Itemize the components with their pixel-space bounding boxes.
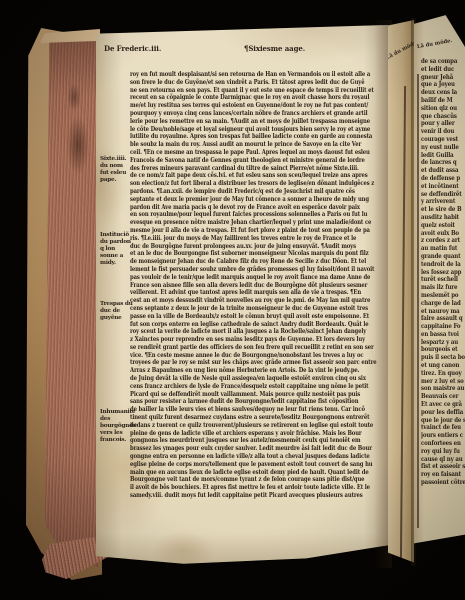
right-page-text: de sa compaet ledit ducgneur Jehãque a J… [421, 58, 465, 494]
margin-note: Instituciõ du pardon q lon sonne a midy. [100, 232, 133, 267]
margin-note: Sixte.iiii. du nom fut esleu pape. [100, 156, 133, 184]
margin-note: Trespas du duc de guyẽne [100, 301, 133, 322]
left-page: De Frederic.iii. ¶Sixiesme aage. Sixte.i… [96, 25, 388, 567]
book-photo: De Frederic.iii. ¶Sixiesme aage. Sixte.i… [0, 0, 465, 600]
right-page-margin-rule [417, 74, 419, 528]
body-text-line: samedy.viii. dudit moys fut ledit cappit… [130, 492, 336, 500]
gutter-margin-rule [400, 86, 406, 564]
right-page-sliver: Lã du mõde. de sa compaet ledit ducgneur… [414, 14, 465, 562]
body-text: roy en fut moult desplaisant/si sen reto… [130, 71, 387, 501]
right-page-year-column-label: Lã du mõde. [417, 39, 453, 51]
running-header-left: De Frederic.iii. [104, 44, 161, 53]
page-stack-fore-edge [45, 33, 98, 567]
right-page-text-line: passoient cõtre [421, 479, 458, 487]
margin-note: Inhumanite des bourgõgnõs vers les franc… [100, 409, 133, 444]
running-header-center: ¶Sixiesme aage. [244, 44, 305, 53]
